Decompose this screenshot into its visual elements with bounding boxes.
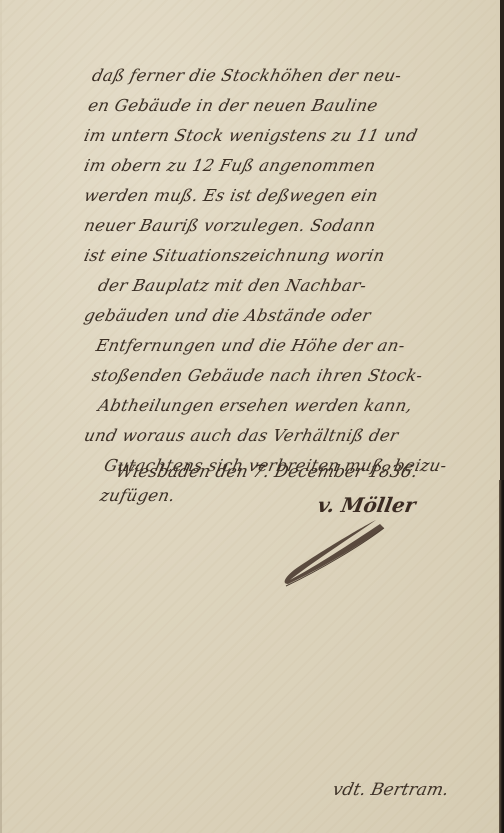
body-line: gebäuden und die Abstände oder xyxy=(80,306,504,336)
signature-flourish-icon xyxy=(280,518,390,590)
body-line: der Bauplatz mit den Nachbar- xyxy=(80,276,504,306)
body-line: werden muß. Es ist deßwegen ein xyxy=(80,186,504,216)
body-line: daß ferner die Stockhöhen der neu- xyxy=(80,66,504,96)
signature: v. Möller xyxy=(316,493,418,517)
body-line: neuer Bauriß vorzulegen. Sodann xyxy=(80,216,504,246)
dateline: Wiesbaden den 7. December 1836. xyxy=(114,462,419,482)
body-line: Abtheilungen ersehen werden kann, xyxy=(80,396,504,426)
body-line: en Gebäude in der neuen Bauline xyxy=(80,96,504,126)
body-line: und woraus auch das Verhältniß der xyxy=(80,426,504,456)
body-line: ist eine Situationszeichnung worin xyxy=(80,246,504,276)
body-line: stoßenden Gebäude nach ihren Stock- xyxy=(80,366,504,396)
scan-background-edge xyxy=(499,480,504,833)
body-line: zufügen. xyxy=(80,486,504,516)
page-left-edge xyxy=(0,0,2,833)
letter-body: daß ferner die Stockhöhen der neu- en Ge… xyxy=(80,66,500,516)
body-line: im obern zu 12 Fuß angenommen xyxy=(80,156,504,186)
footer-note: vdt. Bertram. xyxy=(331,780,451,800)
document-page: daß ferner die Stockhöhen der neu- en Ge… xyxy=(0,0,500,833)
body-line: Entfernungen und die Höhe der an- xyxy=(80,336,504,366)
body-line: im untern Stock wenigstens zu 11 und xyxy=(80,126,504,156)
